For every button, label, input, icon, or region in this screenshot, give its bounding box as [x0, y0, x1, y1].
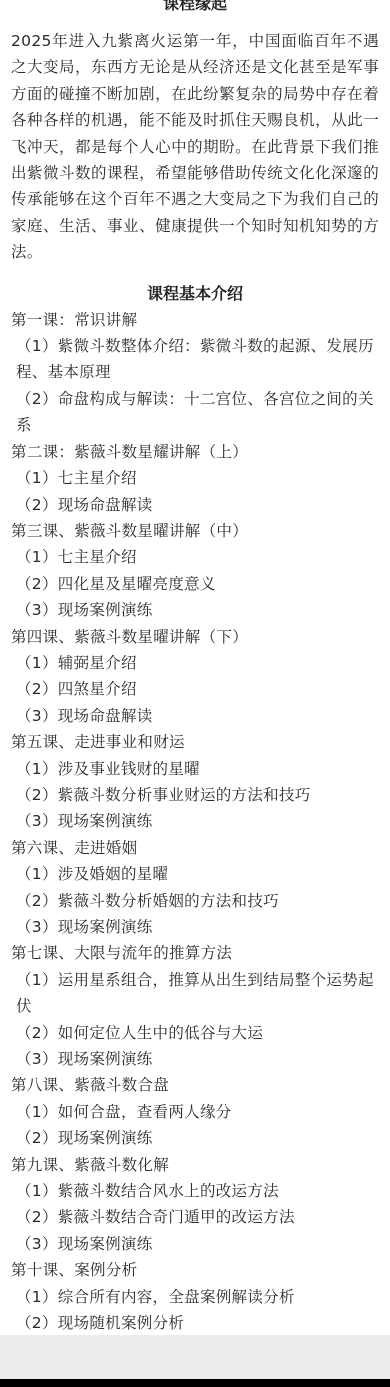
lesson-item: （1）涉及婚姻的星曜 — [11, 861, 379, 887]
lesson-item: （1）涉及事业钱财的星曜 — [11, 756, 379, 782]
lesson-item: （3）现场案例演练 — [11, 808, 379, 834]
lesson-item: （2）紫薇斗数结合奇门遁甲的改运方法 — [11, 1204, 379, 1230]
lesson-item: （1）辅弼星介绍 — [11, 650, 379, 676]
lesson-item: （3）现场命盘解读 — [11, 703, 379, 729]
lesson-item: （1）紫微斗数整体介绍：紫微斗数的起源、发展历程、基本原理 — [11, 333, 379, 386]
bottom-edge — [0, 1379, 390, 1387]
lesson-title: 第一课：常识讲解 — [11, 307, 379, 333]
lesson-title: 第四课、紫薇斗数星曜讲解（下） — [11, 624, 379, 650]
article: 课程缘起 2025年进入九紫离火运第一年，中国面临百年不遇之大变局，东西方无论是… — [0, 0, 390, 1337]
lesson-item: （2）四化星及星曜亮度意义 — [11, 571, 379, 597]
lesson-item: （1）如何合盘，查看两人缘分 — [11, 1099, 379, 1125]
lesson-item: （3）现场案例演练 — [11, 914, 379, 940]
lesson-title: 第五课、走进事业和财运 — [11, 729, 379, 755]
footer-bar — [0, 1335, 390, 1379]
intro-title: 课程基本介绍 — [0, 284, 390, 304]
lesson-item: （1）七主星介绍 — [11, 465, 379, 491]
origin-title: 课程缘起 — [0, 0, 390, 14]
lesson-item: （3）现场案例演练 — [11, 597, 379, 623]
lesson-item: （2）现场随机案例分析 — [11, 1310, 379, 1336]
lesson-item: （2）命盘构成与解读：十二宫位、各宫位之间的关系 — [11, 386, 379, 439]
lesson-item: （1）紫薇斗数结合风水上的改运方法 — [11, 1178, 379, 1204]
lesson-item: （1）运用星系组合，推算从出生到结局整个运势起伏 — [11, 967, 379, 1020]
lesson-item: （3）现场案例演练 — [11, 1046, 379, 1072]
lesson-list: 第一课：常识讲解 （1）紫微斗数整体介绍：紫微斗数的起源、发展历程、基本原理 （… — [0, 307, 390, 1337]
lesson-title: 第二课：紫薇斗数星耀讲解（上） — [11, 439, 379, 465]
lesson-title: 第七课、大限与流年的推算方法 — [11, 940, 379, 966]
lesson-item: （2）紫薇斗数分析婚姻的方法和技巧 — [11, 888, 379, 914]
lesson-title: 第十课、案例分析 — [11, 1257, 379, 1283]
lesson-item: （2）现场命盘解读 — [11, 492, 379, 518]
lesson-title: 第三课、紫薇斗数星曜讲解（中） — [11, 518, 379, 544]
lesson-item: （1）综合所有内容，全盘案例解读分析 — [11, 1284, 379, 1310]
lesson-title: 第八课、紫薇斗数合盘 — [11, 1072, 379, 1098]
lesson-title: 第九课、紫薇斗数化解 — [11, 1152, 379, 1178]
lesson-item: （2）四煞星介绍 — [11, 676, 379, 702]
lesson-item: （2）如何定位人生中的低谷与大运 — [11, 1020, 379, 1046]
lesson-title: 第六课、走进婚姻 — [11, 835, 379, 861]
lesson-item: （3）现场案例演练 — [11, 1231, 379, 1257]
origin-paragraph: 2025年进入九紫离火运第一年，中国面临百年不遇之大变局，东西方无论是从经济还是… — [11, 28, 379, 266]
lesson-item: （2）现场案例演练 — [11, 1125, 379, 1151]
lesson-item: （1）七主星介绍 — [11, 544, 379, 570]
lesson-item: （2）紫薇斗数分析事业财运的方法和技巧 — [11, 782, 379, 808]
